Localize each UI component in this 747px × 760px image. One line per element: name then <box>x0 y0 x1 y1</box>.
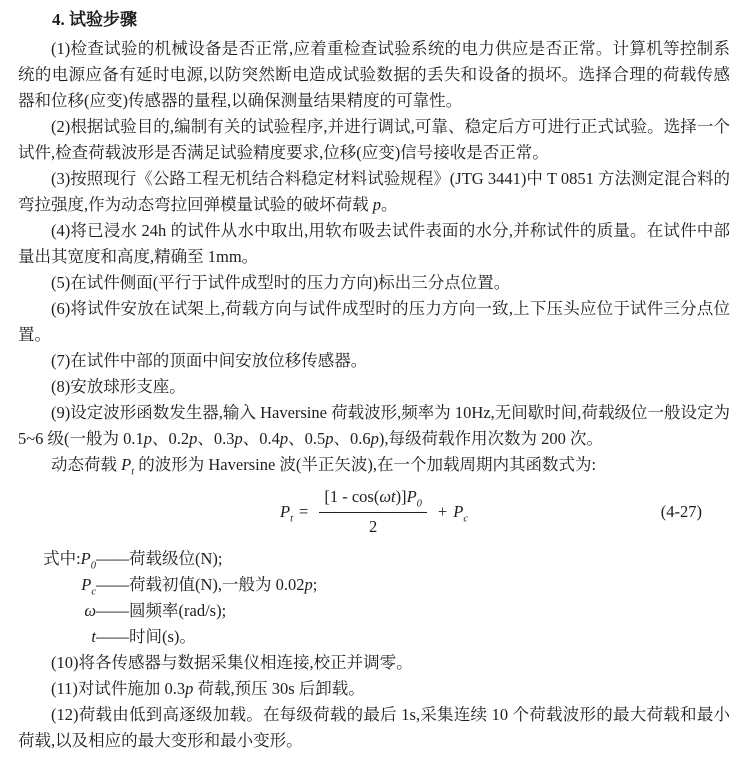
where-clause-omega: ω ——圆频率(rad/s); <box>18 598 730 624</box>
step-7-paragraph: (7)在试件中部的顶面中间安放位移传感器。 <box>18 348 730 374</box>
step-5-text: (5)在试件侧面(平行于试件成型时的压力方向)标出三分点位置。 <box>51 273 510 292</box>
math-sub-t: t <box>290 513 293 524</box>
where-clause-list: 式中:P0 ——荷载级位(N); Pc ——荷载初值(N),一般为 0.02p;… <box>18 546 730 650</box>
where-term: ω <box>18 598 96 624</box>
where-definition-end: ; <box>313 575 318 594</box>
where-clause-t: t ——时间(s)。 <box>18 624 730 650</box>
math-sub-c: c <box>463 513 468 524</box>
step-5-paragraph: (5)在试件侧面(平行于试件成型时的压力方向)标出三分点位置。 <box>18 270 730 296</box>
math-var-p: p <box>371 429 379 448</box>
step-3-paragraph: (3)按照现行《公路工程无机结合料稳定材料试验规程》(JTG 3441)中 T … <box>18 166 730 218</box>
numerator-text: [1 - cos( <box>324 487 379 506</box>
step-11-text-end: 荷载,预压 30s 后卸载。 <box>193 679 364 698</box>
where-clause-Pc: Pc ——荷载初值(N),一般为 0.02p; <box>18 572 730 598</box>
step-2-text: (2)根据试验目的,编制有关的试验程序,并进行调试,可靠、稳定后方可进行正式试验… <box>18 117 730 162</box>
where-term: 式中:P0 <box>18 546 96 572</box>
step-9-text: 、0.4 <box>243 429 280 448</box>
step-12-text: (12)荷载由低到高逐级加载。在每级荷载的最后 1s,采集连续 10 个荷载波形… <box>18 705 730 750</box>
numerator-text: )] <box>396 487 407 506</box>
step-8-text: (8)安放球形支座。 <box>51 377 186 396</box>
step-9-text: 、0.2 <box>152 429 189 448</box>
equals-sign: = <box>299 499 308 525</box>
document-page: 4. 试验步骤 (1)检查试验的机械设备是否正常,应着重检查试验系统的电力供应是… <box>0 0 747 754</box>
step-7-text: (7)在试件中部的顶面中间安放位移传感器。 <box>51 351 367 370</box>
step-9-text: 、0.3 <box>197 429 234 448</box>
step-10-paragraph: (10)将各传感器与数据采集仪相连接,校正并调零。 <box>18 650 730 676</box>
equation-rhs-term: Pc <box>453 499 468 525</box>
math-var-p: p <box>325 429 333 448</box>
step-6-text: (6)将试件安放在试架上,荷载方向与试件成型时的压力方向一致,上下压头应位于试件… <box>18 299 730 344</box>
math-sub-0: 0 <box>417 498 422 509</box>
step-9-text: ),每级荷载作用次数为 200 次。 <box>379 429 603 448</box>
step-4-paragraph: (4)将已浸水 24h 的试件从水中取出,用软布吸去试件表面的水分,并称试件的质… <box>18 218 730 270</box>
plus-sign: + <box>438 499 447 525</box>
where-definition: ——时间(s)。 <box>96 624 196 650</box>
step-11-text: (11)对试件施加 0.3 <box>51 679 185 698</box>
math-var-omega: ω <box>84 601 96 620</box>
step-2-paragraph: (2)根据试验目的,编制有关的试验程序,并进行调试,可靠、稳定后方可进行正式试验… <box>18 114 730 166</box>
equation-lhs: Pt <box>280 499 293 525</box>
step-12-paragraph: (12)荷载由低到高逐级加载。在每级荷载的最后 1s,采集连续 10 个荷载波形… <box>18 702 730 754</box>
math-var-p: p <box>373 195 381 214</box>
where-definition-text: ——荷载初值(N),一般为 0.02 <box>96 575 305 594</box>
equation-number: (4-27) <box>661 499 702 525</box>
math-var-P: P <box>121 455 131 474</box>
where-definition: ——荷载初值(N),一般为 0.02p; <box>96 572 317 598</box>
where-definition: ——荷载级位(N); <box>96 546 223 572</box>
equation-4-27: Pt = [1 - cos(ωt)]P0 2 + Pc (4-27) <box>18 480 730 544</box>
math-var-P: P <box>453 502 463 521</box>
math-var-p: p <box>235 429 243 448</box>
step-9-paragraph: (9)设定波形函数发生器,输入 Haversine 荷载波形,频率为 10Hz,… <box>18 400 730 452</box>
fraction-numerator: [1 - cos(ωt)]P0 <box>319 484 427 513</box>
intro-text-end: 的波形为 Haversine 波(半正矢波),在一个加载周期内其函数式为: <box>134 455 596 474</box>
math-var-omega-t: ωt <box>379 487 395 506</box>
math-var-P: P <box>407 487 417 506</box>
intro-text: 动态荷载 <box>51 455 121 474</box>
step-11-paragraph: (11)对试件施加 0.3p 荷载,预压 30s 后卸载。 <box>18 676 730 702</box>
math-var-P: P <box>81 575 91 594</box>
where-term: t <box>18 624 96 650</box>
math-var-p: p <box>305 575 313 594</box>
step-1-paragraph: (1)检查试验的机械设备是否正常,应着重检查试验系统的电力供应是否正常。计算机等… <box>18 36 730 114</box>
step-9-text: 、0.6 <box>334 429 371 448</box>
step-1-text: (1)检查试验的机械设备是否正常,应着重检查试验系统的电力供应是否正常。计算机等… <box>18 39 730 110</box>
where-prefix: 式中: <box>43 549 81 568</box>
step-6-paragraph: (6)将试件安放在试架上,荷载方向与试件成型时的压力方向一致,上下压头应位于试件… <box>18 296 730 348</box>
math-var-p: p <box>280 429 288 448</box>
math-var-P: P <box>280 502 290 521</box>
section-heading: 4. 试验步骤 <box>18 7 730 33</box>
where-definition: ——圆频率(rad/s); <box>96 598 226 624</box>
where-clause-P0: 式中:P0 ——荷载级位(N); <box>18 546 730 572</box>
step-8-paragraph: (8)安放球形支座。 <box>18 374 730 400</box>
step-9-text: 、0.5 <box>288 429 325 448</box>
math-var-P: P <box>81 549 91 568</box>
step-4-text: (4)将已浸水 24h 的试件从水中取出,用软布吸去试件表面的水分,并称试件的质… <box>18 221 730 266</box>
fraction: [1 - cos(ωt)]P0 2 <box>319 484 427 540</box>
math-var-p: p <box>144 429 152 448</box>
dynamic-load-intro-paragraph: 动态荷载 Pt 的波形为 Haversine 波(半正矢波),在一个加载周期内其… <box>18 452 730 478</box>
step-3-text-end: 。 <box>381 195 398 214</box>
fraction-denominator: 2 <box>369 513 377 540</box>
where-term: Pc <box>18 572 96 598</box>
step-10-text: (10)将各传感器与数据采集仪相连接,校正并调零。 <box>51 653 413 672</box>
